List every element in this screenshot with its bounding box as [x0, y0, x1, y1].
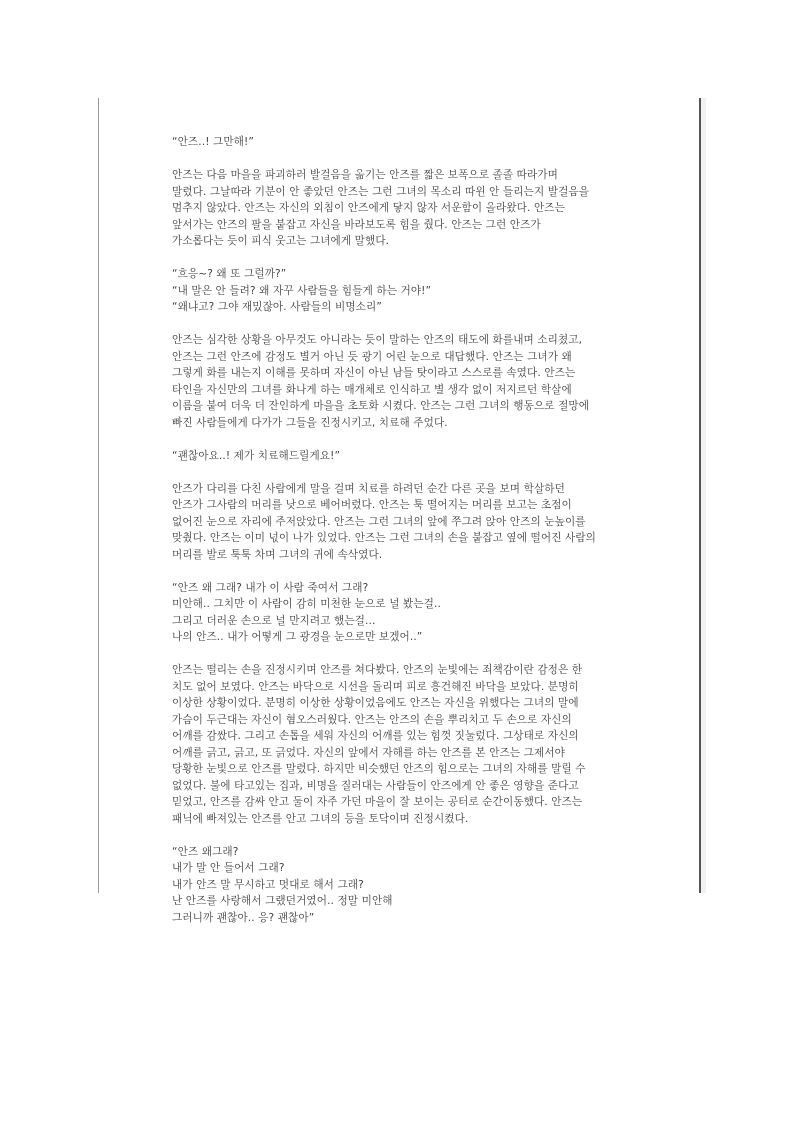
text-line: 난 안즈를 사랑해서 그랬던거였어.. 정말 미안해 [172, 893, 642, 910]
text-line: 빠진 사람들에게 다가가 그들을 진정시키고, 치료해 주었다. [172, 415, 642, 432]
text-line: 나의 안즈.. 내가 어떻게 그 광경을 눈으로만 보겠어..” [172, 629, 642, 646]
text-line: 내가 안즈 말 무시하고 멋대로 해서 그래? [172, 877, 642, 894]
text-line: 맞췄다. 안즈는 이미 넋이 나가 있었다. 안즈는 그런 그녀의 손을 붙잡고… [172, 530, 642, 547]
text-line: “괜찮아요..! 제가 치료해드릴게요!” [172, 448, 642, 465]
text-line: 안즈는 다음 마을을 파괴하러 발걸음을 옮기는 안즈를 짧은 보폭으로 졸졸 … [172, 167, 642, 184]
text-line: 미안해.. 그치만 이 사람이 감히 미천한 눈으로 널 봤는걸.. [172, 596, 642, 613]
text-line: 믿었고, 안즈를 감싸 안고 둘이 자주 가던 마을이 잘 보이는 공터로 순간… [172, 794, 642, 811]
text-line: “흐응~? 왜 또 그럴까?” [172, 266, 642, 283]
text-line: 당황한 눈빛으로 안즈를 말렸다. 하지만 비슷했던 안즈의 힘으로는 그녀의 … [172, 761, 642, 778]
text-line: 멈추지 않았다. 안즈는 자신의 외침이 안즈에게 닿지 않자 서운함이 올라왔… [172, 200, 642, 217]
dialogue-paragraph: “안즈..! 그만해!” [172, 134, 642, 151]
text-line: “안즈 왜 그래? 내가 이 사람 죽여서 그래? [172, 580, 642, 597]
text-line: “왜냐고? 그야 재밌잖아. 사람들의 비명소리” [172, 299, 642, 316]
text-line: 치도 없어 보였다. 안즈는 바닥으로 시선을 돌리며 피로 흥건해진 바닥을 … [172, 679, 642, 696]
text-line: 내가 말 안 들어서 그래? [172, 860, 642, 877]
text-line: 그러니까 괜찮아.. 응? 괜찮아” [172, 910, 642, 927]
text-line: 어깨를 긁고, 긁고, 또 긁었다. 자신의 앞에서 자해를 하는 안즈를 본 … [172, 745, 642, 762]
page-left-border [98, 98, 99, 893]
text-line: 앞서가는 안즈의 팔을 붙잡고 자신을 바라보도록 힘을 줬다. 안즈는 그런 … [172, 217, 642, 234]
text-line: 그렇게 화를 내는지 이해를 못하며 자신이 아닌 남들 탓이라고 스스로를 속… [172, 365, 642, 382]
narration-paragraph: 안즈가 다리를 다친 사람에게 말을 걸며 치료를 하려던 순간 다른 곳을 보… [172, 481, 642, 564]
page-right-shadow [701, 98, 706, 893]
text-line: 안즈가 다리를 다친 사람에게 말을 걸며 치료를 하려던 순간 다른 곳을 보… [172, 481, 642, 498]
text-line: 어깨를 감쌌다. 그리고 손톱을 세워 자신의 어깨를 있는 힘껏 짓눌렀다. … [172, 728, 642, 745]
text-line: 안즈는 떨리는 손을 진정시키며 안즈를 쳐다봤다. 안즈의 눈빛에는 죄책감이… [172, 662, 642, 679]
narration-paragraph: 안즈는 떨리는 손을 진정시키며 안즈를 쳐다봤다. 안즈의 눈빛에는 죄책감이… [172, 662, 642, 827]
text-line: 안즈는 그런 안즈에 감정도 별거 아닌 듯 광기 어린 눈으로 대답했다. 안… [172, 349, 642, 366]
text-line: 안즈가 그사람의 머리를 낫으로 베어버렸다. 안즈는 툭 떨어지는 머리를 보… [172, 497, 642, 514]
narration-paragraph: 안즈는 심각한 상황을 아무것도 아니라는 듯이 말하는 안즈의 태도에 화를내… [172, 332, 642, 431]
text-line: 가슴이 두근대는 자신이 혐오스러웠다. 안즈는 안즈의 손을 뿌리치고 두 손… [172, 712, 642, 729]
text-line: 없어진 눈으로 자리에 주저앉았다. 안즈는 그런 그녀의 앞에 쭈그려 앉아 … [172, 514, 642, 531]
document-page: “안즈..! 그만해!” 안즈는 다음 마을을 파괴하러 발걸음을 옮기는 안즈… [0, 0, 800, 1130]
text-line: “안즈..! 그만해!” [172, 134, 642, 151]
text-line: 가소롭다는 듯이 피식 웃고는 그녀에게 말했다. [172, 233, 642, 250]
text-line: 말렸다. 그날따라 기분이 안 좋았던 안즈는 그런 그녀의 목소리 따윈 안 … [172, 184, 642, 201]
text-line: 패닉에 빠져있는 안즈를 안고 그녀의 등을 토닥이며 진정시켰다. [172, 811, 642, 828]
narration-paragraph: 안즈는 다음 마을을 파괴하러 발걸음을 옮기는 안즈를 짧은 보폭으로 졸졸 … [172, 167, 642, 250]
dialogue-paragraph: “안즈 왜그래? 내가 말 안 들어서 그래? 내가 안즈 말 무시하고 멋대로… [172, 844, 642, 927]
text-line: 타인을 자신만의 그녀를 화나게 하는 매개체로 인식하고 별 생각 없이 저지… [172, 382, 642, 399]
dialogue-paragraph: “안즈 왜 그래? 내가 이 사람 죽여서 그래? 미안해.. 그치만 이 사람… [172, 580, 642, 646]
document-body: “안즈..! 그만해!” 안즈는 다음 마을을 파괴하러 발걸음을 옮기는 안즈… [172, 134, 642, 943]
dialogue-paragraph: “괜찮아요..! 제가 치료해드릴게요!” [172, 448, 642, 465]
dialogue-paragraph: “흐응~? 왜 또 그럴까?” “내 말은 안 들려? 왜 자꾸 사람들을 힘들… [172, 266, 642, 316]
text-line: 안즈는 심각한 상황을 아무것도 아니라는 듯이 말하는 안즈의 태도에 화를내… [172, 332, 642, 349]
text-line: 없었다. 불에 타고있는 집과, 비명을 질러대는 사람들이 안즈에게 안 좋은… [172, 778, 642, 795]
text-line: 이름을 붙여 더욱 더 잔인하게 마을을 초토화 시켰다. 안즈는 그런 그녀의… [172, 398, 642, 415]
text-line: 이상한 상황이었다. 분명히 이상한 상황이었음에도 안즈는 자신을 위했다는 … [172, 695, 642, 712]
text-line: “안즈 왜그래? [172, 844, 642, 861]
text-line: “내 말은 안 들려? 왜 자꾸 사람들을 힘들게 하는 거야!” [172, 283, 642, 300]
text-line: 머리를 발로 툭툭 차며 그녀의 귀에 속삭였다. [172, 547, 642, 564]
text-line: 그리고 더러운 손으로 널 만지려고 했는걸... [172, 613, 642, 630]
